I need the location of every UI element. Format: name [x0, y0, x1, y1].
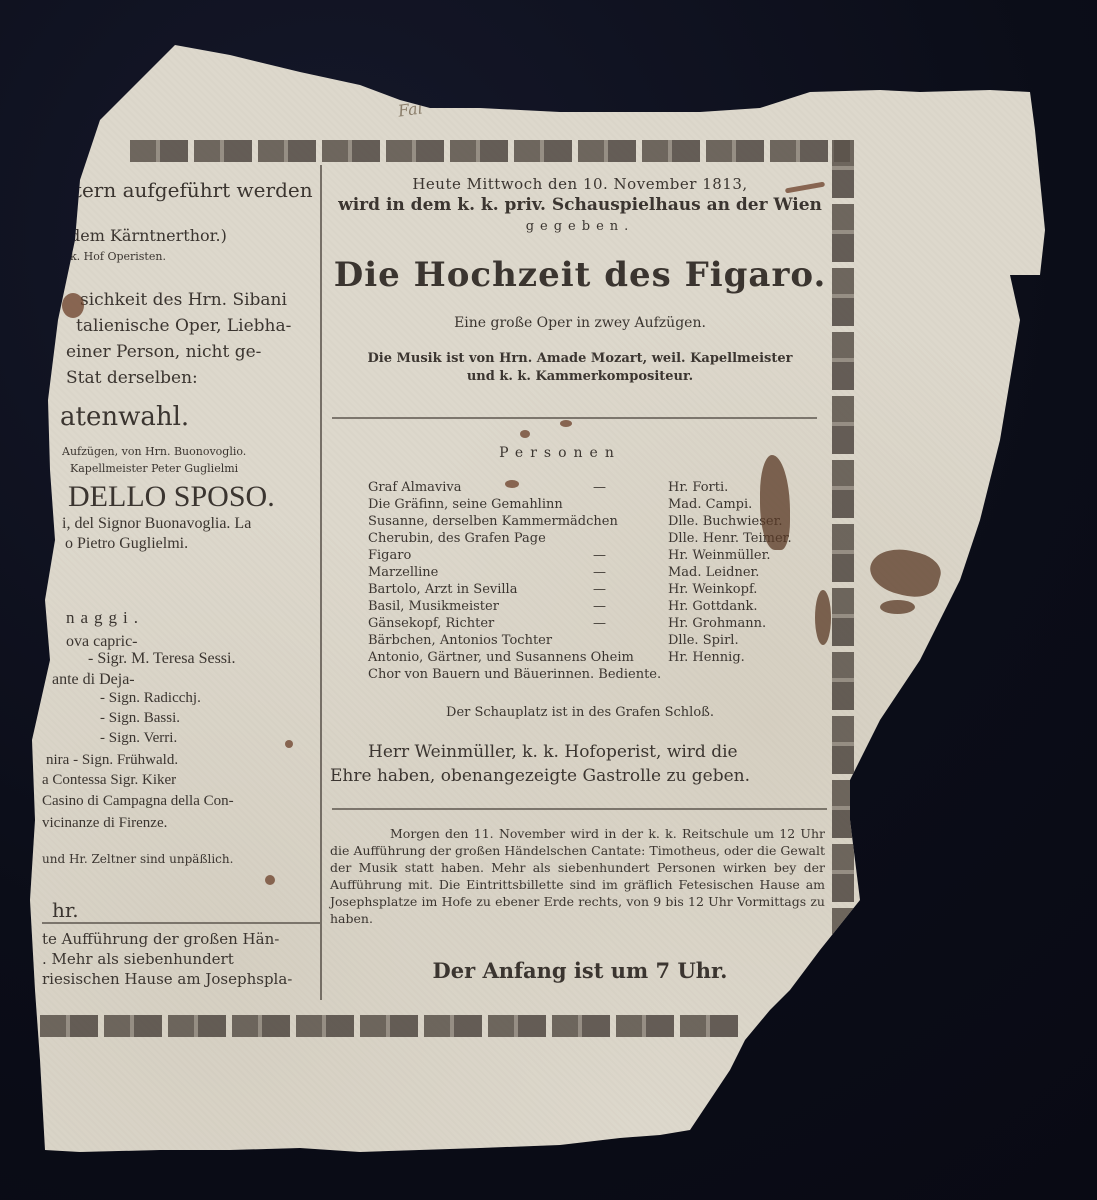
bottom-ornamental-border [40, 1015, 740, 1037]
cast-heading: Personen [450, 445, 670, 461]
cast-role: Gänsekopf, Richter [368, 616, 494, 631]
music-credit-line-2: und k. k. Kammerkompositeur. [330, 368, 830, 385]
cast-row: Cherubin, des Grafen Page Dlle. Henr. Te… [368, 531, 808, 549]
left-fragment-line: . Mehr als siebenhundert [42, 950, 234, 968]
left-fragment-line: talienische Oper, Liebha- [76, 316, 291, 336]
opera-subtitle: Eine große Oper in zwey Aufzügen. [330, 315, 830, 331]
left-fragment-line: Kapellmeister Peter Guglielmi [70, 462, 238, 475]
venue-line: wird in dem k. k. priv. Schauspielhaus a… [330, 195, 830, 215]
given-line: gegeben. [330, 219, 830, 234]
left-fragment-line: - Sign. Bassi. [100, 710, 180, 727]
cast-row: Chor von Bauern und Bäuerinnen. Bediente… [368, 667, 808, 685]
cast-row: Bartolo, Arzt in Sevilla — Hr. Weinkopf. [368, 582, 808, 600]
guest-announcement-line-1: Herr Weinmüller, k. k. Hofoperist, wird … [368, 740, 738, 764]
cast-row: Basil, Musikmeister — Hr. Gottdank. [368, 599, 808, 617]
left-fragment-line: te Aufführung der großen Hän- [42, 930, 279, 948]
cast-role: Graf Almaviva [368, 480, 462, 495]
ink-stain [505, 480, 519, 488]
cast-dash: — [593, 565, 606, 580]
left-fragment-line: naggi. [66, 608, 144, 628]
left-fragment-line: - Sigr. M. Teresa Sessi. [88, 650, 235, 668]
cast-row: Bärbchen, Antonios Tochter Dlle. Spirl. [368, 633, 808, 651]
left-fragment-line: vicinanze di Firenze. [42, 815, 167, 832]
cast-actor: Mad. Leidner. [668, 565, 759, 580]
left-fragment-line: i, del Signor Buonavoglia. La [62, 515, 251, 533]
ink-stain [520, 430, 530, 438]
scene-setting: Der Schauplatz ist in des Grafen Schloß. [330, 705, 830, 720]
left-fragment-line: riesischen Hause am Josephspla- [42, 970, 292, 988]
cast-actor: Dlle. Spirl. [668, 633, 739, 648]
left-fragment-line: und Hr. Zeltner sind unpäßlich. [42, 852, 233, 866]
left-fragment-line: nira - Sign. Frühwald. [46, 752, 178, 769]
left-section-rule [42, 922, 320, 924]
cast-role: Basil, Musikmeister [368, 599, 499, 614]
start-time: Der Anfang ist um 7 Uhr. [330, 958, 830, 983]
cast-dash: — [593, 582, 606, 597]
cast-actor: Mad. Campi. [668, 497, 752, 512]
cast-dash: — [593, 548, 606, 563]
cast-actor: Hr. Hennig. [668, 650, 745, 665]
cast-role: Figaro [368, 548, 411, 563]
ink-stain [560, 420, 572, 427]
cast-dash: — [593, 616, 606, 631]
cast-row: Figaro — Hr. Weinmüller. [368, 548, 808, 566]
next-day-notice: Morgen den 11. November wird in der k. k… [330, 825, 825, 927]
left-fragment-line: einer Person, nicht ge- [66, 342, 261, 362]
left-fragment-line: o Pietro Guglielmi. [65, 535, 188, 553]
left-fragment-line: dem Kärntnerthor.) [70, 226, 227, 245]
cast-row: Marzelline — Mad. Leidner. [368, 565, 808, 583]
section-rule-top [332, 417, 817, 419]
ink-stain [815, 590, 831, 645]
cast-role: Antonio, Gärtner, und Susannens Oheim [368, 650, 634, 665]
cast-role: Bärbchen, Antonios Tochter [368, 633, 552, 648]
top-ornamental-border [130, 140, 850, 162]
section-rule-bottom [332, 808, 827, 810]
left-fragment-line: sichkeit des Hrn. Sibani [80, 290, 287, 310]
left-fragment-line: DELLO SPOSO. [68, 480, 275, 514]
left-fragment-line: Stat derselben: [66, 368, 198, 388]
cast-row: Antonio, Gärtner, und Susannens Oheim Hr… [368, 650, 808, 668]
cast-role: Cherubin, des Grafen Page [368, 531, 546, 546]
left-fragment-line: Casino di Campagna della Con- [42, 793, 234, 810]
left-fragment-line: - Sign. Radicchj. [100, 690, 201, 707]
left-fragment-line: k. Hof Operisten. [70, 250, 166, 263]
left-fragment-line: Aufzügen, von Hrn. Buonovoglio. [62, 445, 246, 458]
guest-announcement-line-2: Ehre haben, obenangezeigte Gastrolle zu … [330, 764, 750, 788]
left-fragment-line: ante di Deja- [52, 671, 135, 689]
cast-row: Gänsekopf, Richter — Hr. Grohmann. [368, 616, 808, 634]
ink-stain [880, 600, 915, 614]
cast-role: Chor von Bauern und Bäuerinnen. Bediente… [368, 667, 661, 682]
cast-role: Marzelline [368, 565, 438, 580]
cast-actor: Hr. Weinkopf. [668, 582, 757, 597]
cast-row: Die Gräfinn, seine Gemahlinn Mad. Campi. [368, 497, 808, 515]
left-fragment-line: hr. [52, 898, 79, 922]
cast-role: Bartolo, Arzt in Sevilla [368, 582, 517, 597]
ink-stain [62, 293, 84, 318]
left-fragment-line: ova capric- [66, 633, 138, 651]
left-fragment-line: - Sign. Verri. [100, 730, 177, 747]
cast-role: Die Gräfinn, seine Gemahlinn [368, 497, 563, 512]
left-fragment-line: atenwahl. [60, 402, 189, 432]
cast-actor: Hr. Grohmann. [668, 616, 766, 631]
performance-date: Heute Mittwoch den 10. November 1813, [330, 175, 830, 193]
ink-stain [865, 542, 944, 604]
ink-stain [265, 875, 275, 885]
cast-actor: Hr. Gottdank. [668, 599, 758, 614]
cast-actor: Hr. Forti. [668, 480, 728, 495]
cast-row: Graf Almaviva — Hr. Forti. [368, 480, 808, 498]
ink-stain [285, 740, 293, 748]
cast-dash: — [593, 599, 606, 614]
cast-dash: — [593, 480, 606, 495]
music-credit-line-1: Die Musik ist von Hrn. Amade Mozart, wei… [330, 350, 830, 367]
cast-actor: Hr. Weinmüller. [668, 548, 771, 563]
cast-role: Susanne, derselben Kammermädchen [368, 514, 618, 529]
opera-title: Die Hochzeit des Figaro. [320, 255, 840, 295]
left-fragment-line: a Contessa Sigr. Kiker [42, 772, 176, 789]
ink-stain [760, 455, 790, 550]
left-fragment-line: atern aufgeführt werden [62, 178, 313, 202]
cast-row: Susanne, derselben Kammermädchen Dlle. B… [368, 514, 808, 532]
